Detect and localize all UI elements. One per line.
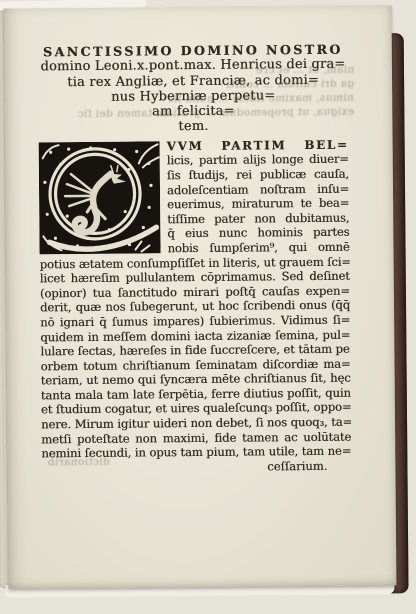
- bleedthrough-text: exigua, ut propemodum … gratiam tamen de…: [78, 106, 355, 120]
- dedication-line: tem.: [38, 118, 348, 136]
- book: niam, et … et cre ga dri cultum … conſti…: [0, 3, 401, 601]
- dropcap-woodcut-initial-q: [39, 141, 161, 254]
- bleedthrough-text: nimus, maxime fidem … nulla ſic: [168, 92, 355, 106]
- text-line: tiſſime pater non dubitamus,: [167, 210, 349, 226]
- text-line: q̄ eius nunc hominis partes: [167, 225, 349, 241]
- dragon-woodcut-icon: [39, 141, 161, 254]
- body-text: VVM PARTIM BEL= licis, partim alijs long…: [39, 137, 352, 475]
- text-line: euerimus, miraturum te bea=: [167, 196, 349, 212]
- bleedthrough-text: niam, et … et cre: [256, 64, 354, 77]
- bleedthrough-text: ga dri cultum … conſti: [226, 78, 354, 91]
- text-line: VVM PARTIM BEL=: [167, 137, 349, 153]
- bleedthrough-text: dictionarib: [47, 456, 109, 469]
- text-line: adoleſcentiam noſtram inſu=: [167, 181, 349, 197]
- text-line: nobis ſumpſerim⁹, qui omnē: [167, 240, 349, 256]
- text-line: ſis ſtudijs, rei publicæ cauſa,: [167, 167, 349, 183]
- book-page: niam, et … et cre ga dri cultum … conſti…: [3, 5, 396, 588]
- text-line: licis, partim alijs longe diuer=: [167, 152, 349, 168]
- photo-of-book: niam, et … et cre ga dri cultum … conſti…: [0, 0, 416, 614]
- text-block: niam, et … et cre ga dri cultum … conſti…: [38, 42, 352, 476]
